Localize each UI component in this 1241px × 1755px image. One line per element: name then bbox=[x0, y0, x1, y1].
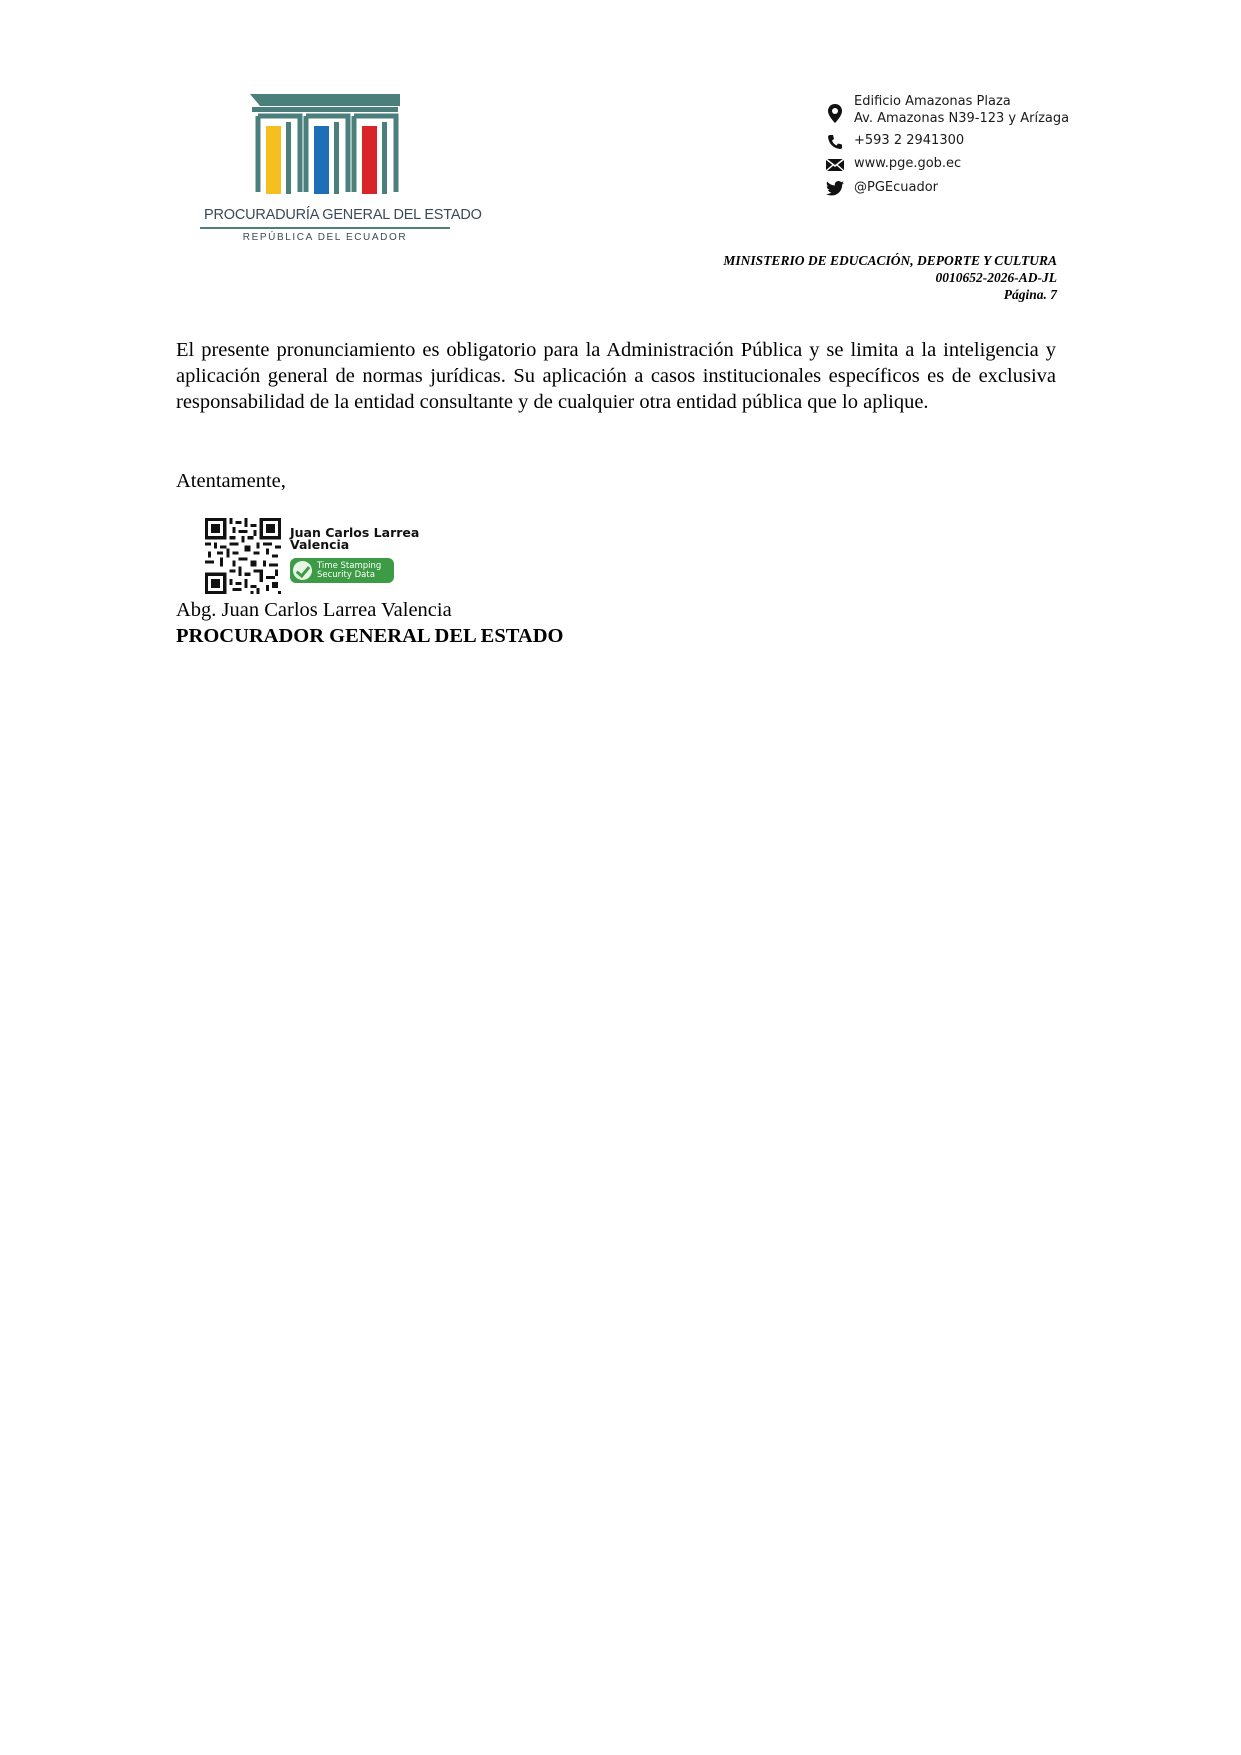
logo-divider bbox=[200, 227, 450, 229]
pge-logo: PROCURADURÍA GENERAL DEL ESTADO REPÚBLIC… bbox=[200, 92, 452, 250]
qr-code-icon bbox=[204, 518, 282, 594]
website-link[interactable]: www.pge.gob.ec bbox=[854, 156, 961, 172]
signer-title: PROCURADOR GENERAL DEL ESTADO bbox=[176, 625, 563, 648]
time-stamping-badge: Time Stamping Security Data bbox=[290, 558, 394, 583]
closing-salutation: Atentamente, bbox=[176, 470, 286, 493]
digital-signer-name: Juan Carlos Larrea Valencia bbox=[290, 527, 419, 551]
badge-text: Time Stamping Security Data bbox=[317, 562, 381, 580]
signer-name-line-2: Valencia bbox=[290, 539, 419, 551]
body-paragraph: El presente pronunciamiento es obligator… bbox=[176, 337, 1056, 415]
phone-text[interactable]: +593 2 2941300 bbox=[854, 133, 964, 149]
document-reference: MINISTERIO DE EDUCACIÓN, DEPORTE Y CULTU… bbox=[723, 252, 1057, 303]
address-line-2: Av. Amazonas N39-123 y Arízaga bbox=[854, 111, 1069, 127]
twitter-handle[interactable]: @PGEcuador bbox=[854, 180, 938, 196]
signer-name: Abg. Juan Carlos Larrea Valencia bbox=[176, 599, 452, 622]
check-icon bbox=[293, 561, 312, 580]
contact-web: www.pge.gob.ec bbox=[826, 156, 848, 174]
phone-icon bbox=[826, 133, 848, 151]
pge-columns-emblem bbox=[200, 92, 452, 207]
logo-subtitle: REPÚBLICA DEL ECUADOR bbox=[200, 232, 450, 244]
recipient-entity: MINISTERIO DE EDUCACIÓN, DEPORTE Y CULTU… bbox=[723, 252, 1057, 269]
address-line-1: Edificio Amazonas Plaza bbox=[854, 94, 1011, 110]
logo-title: PROCURADURÍA GENERAL DEL ESTADO bbox=[204, 207, 450, 223]
contact-twitter: @PGEcuador bbox=[826, 180, 848, 198]
badge-line-2: Security Data bbox=[317, 570, 375, 580]
location-pin-icon bbox=[826, 94, 848, 112]
contact-phone: +593 2 2941300 bbox=[826, 133, 848, 151]
envelope-icon bbox=[826, 156, 848, 174]
document-code: 0010652-2026-AD-JL bbox=[723, 269, 1057, 286]
twitter-bird-icon bbox=[826, 180, 848, 198]
page-number: Página. 7 bbox=[723, 286, 1057, 303]
contact-address: Edificio Amazonas Plaza Av. Amazonas N39… bbox=[826, 94, 848, 112]
